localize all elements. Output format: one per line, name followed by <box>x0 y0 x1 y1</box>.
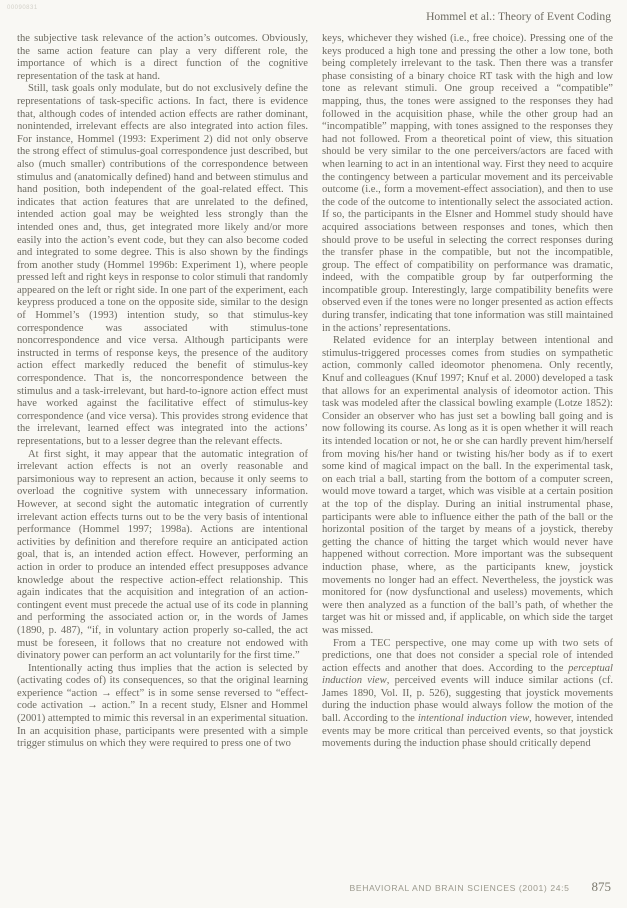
paragraph: From a TEC perspective, one may come up … <box>322 638 613 751</box>
scan-id-watermark: 00090831 <box>7 5 38 11</box>
page-footer: BEHAVIORAL AND BRAIN SCIENCES (2001) 24:… <box>350 879 611 895</box>
paragraph: keys, whichever they wished (i.e., free … <box>322 33 613 335</box>
paragraph: Still, task goals only modulate, but do … <box>17 83 308 448</box>
paragraph: Related evidence for an interplay betwee… <box>322 335 613 637</box>
page-number: 875 <box>592 879 612 895</box>
italic-term: intentional induction view <box>418 713 529 724</box>
left-column: the subjective task relevance of the act… <box>17 33 308 878</box>
right-column: keys, whichever they wished (i.e., free … <box>322 33 613 878</box>
paragraph: Intentionally acting thus implies that t… <box>17 663 308 751</box>
two-column-text-block: the subjective task relevance of the act… <box>17 33 613 878</box>
paragraph: the subjective task relevance of the act… <box>17 33 308 83</box>
journal-page: 00090831 Hommel et al.: Theory of Event … <box>0 0 627 908</box>
paragraph: At first sight, it may appear that the a… <box>17 449 308 663</box>
running-head: Hommel et al.: Theory of Event Coding <box>426 10 611 23</box>
journal-line: BEHAVIORAL AND BRAIN SCIENCES (2001) 24:… <box>350 883 570 893</box>
